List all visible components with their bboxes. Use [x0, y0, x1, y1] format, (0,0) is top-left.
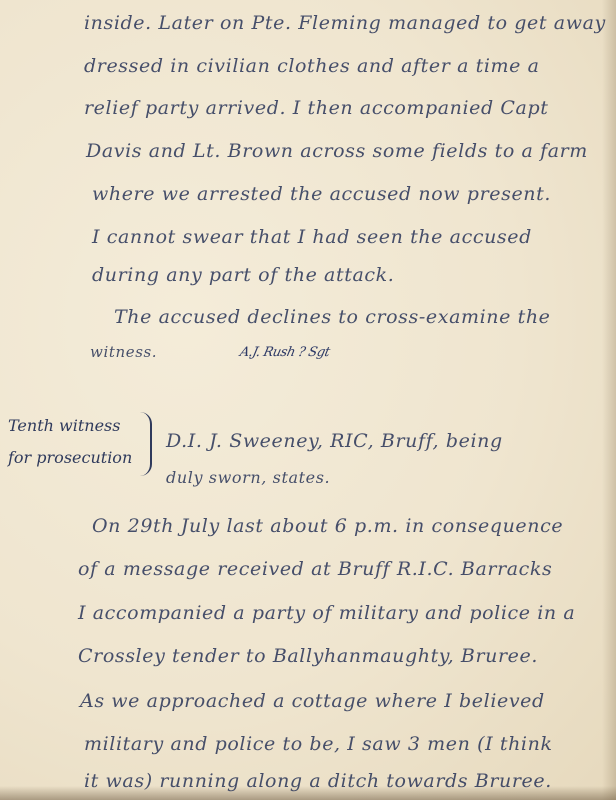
- text-line: where we arrested the accused now presen…: [92, 183, 551, 205]
- document-page: inside. Later on Pte. Fleming managed to…: [0, 0, 616, 800]
- text-line: dressed in civilian clothes and after a …: [84, 55, 540, 77]
- text-line: I cannot swear that I had seen the accus…: [92, 226, 532, 248]
- text-line: Davis and Lt. Brown across some fields t…: [86, 140, 588, 162]
- signature: A.J. Rush ? Sgt: [238, 345, 331, 360]
- witness-heading-line2: duly sworn, states.: [166, 468, 330, 487]
- testimony-line: On 29th July last about 6 p.m. in conseq…: [92, 515, 563, 537]
- testimony-line: it was) running along a ditch towards Br…: [84, 770, 552, 792]
- testimony-line: As we approached a cottage where I belie…: [80, 690, 545, 712]
- text-line: inside. Later on Pte. Fleming managed to…: [84, 12, 606, 34]
- witness-heading-line1: D.I. J. Sweeney, RIC, Bruff, being: [166, 430, 503, 452]
- text-line: witness.: [90, 343, 157, 361]
- testimony-line: I accompanied a party of military and po…: [78, 602, 575, 624]
- text-line: The accused declines to cross-examine th…: [114, 306, 551, 328]
- text-line: relief party arrived. I then accompanied…: [84, 97, 548, 119]
- brace-divider: [138, 412, 152, 476]
- margin-note-line2: for prosecution: [8, 448, 132, 467]
- testimony-line: Crossley tender to Ballyhanmaughty, Brur…: [78, 645, 538, 667]
- margin-note-line1: Tenth witness: [8, 416, 120, 435]
- testimony-line: of a message received at Bruff R.I.C. Ba…: [78, 558, 552, 580]
- text-line: during any part of the attack.: [92, 264, 394, 286]
- testimony-line: military and police to be, I saw 3 men (…: [84, 733, 553, 755]
